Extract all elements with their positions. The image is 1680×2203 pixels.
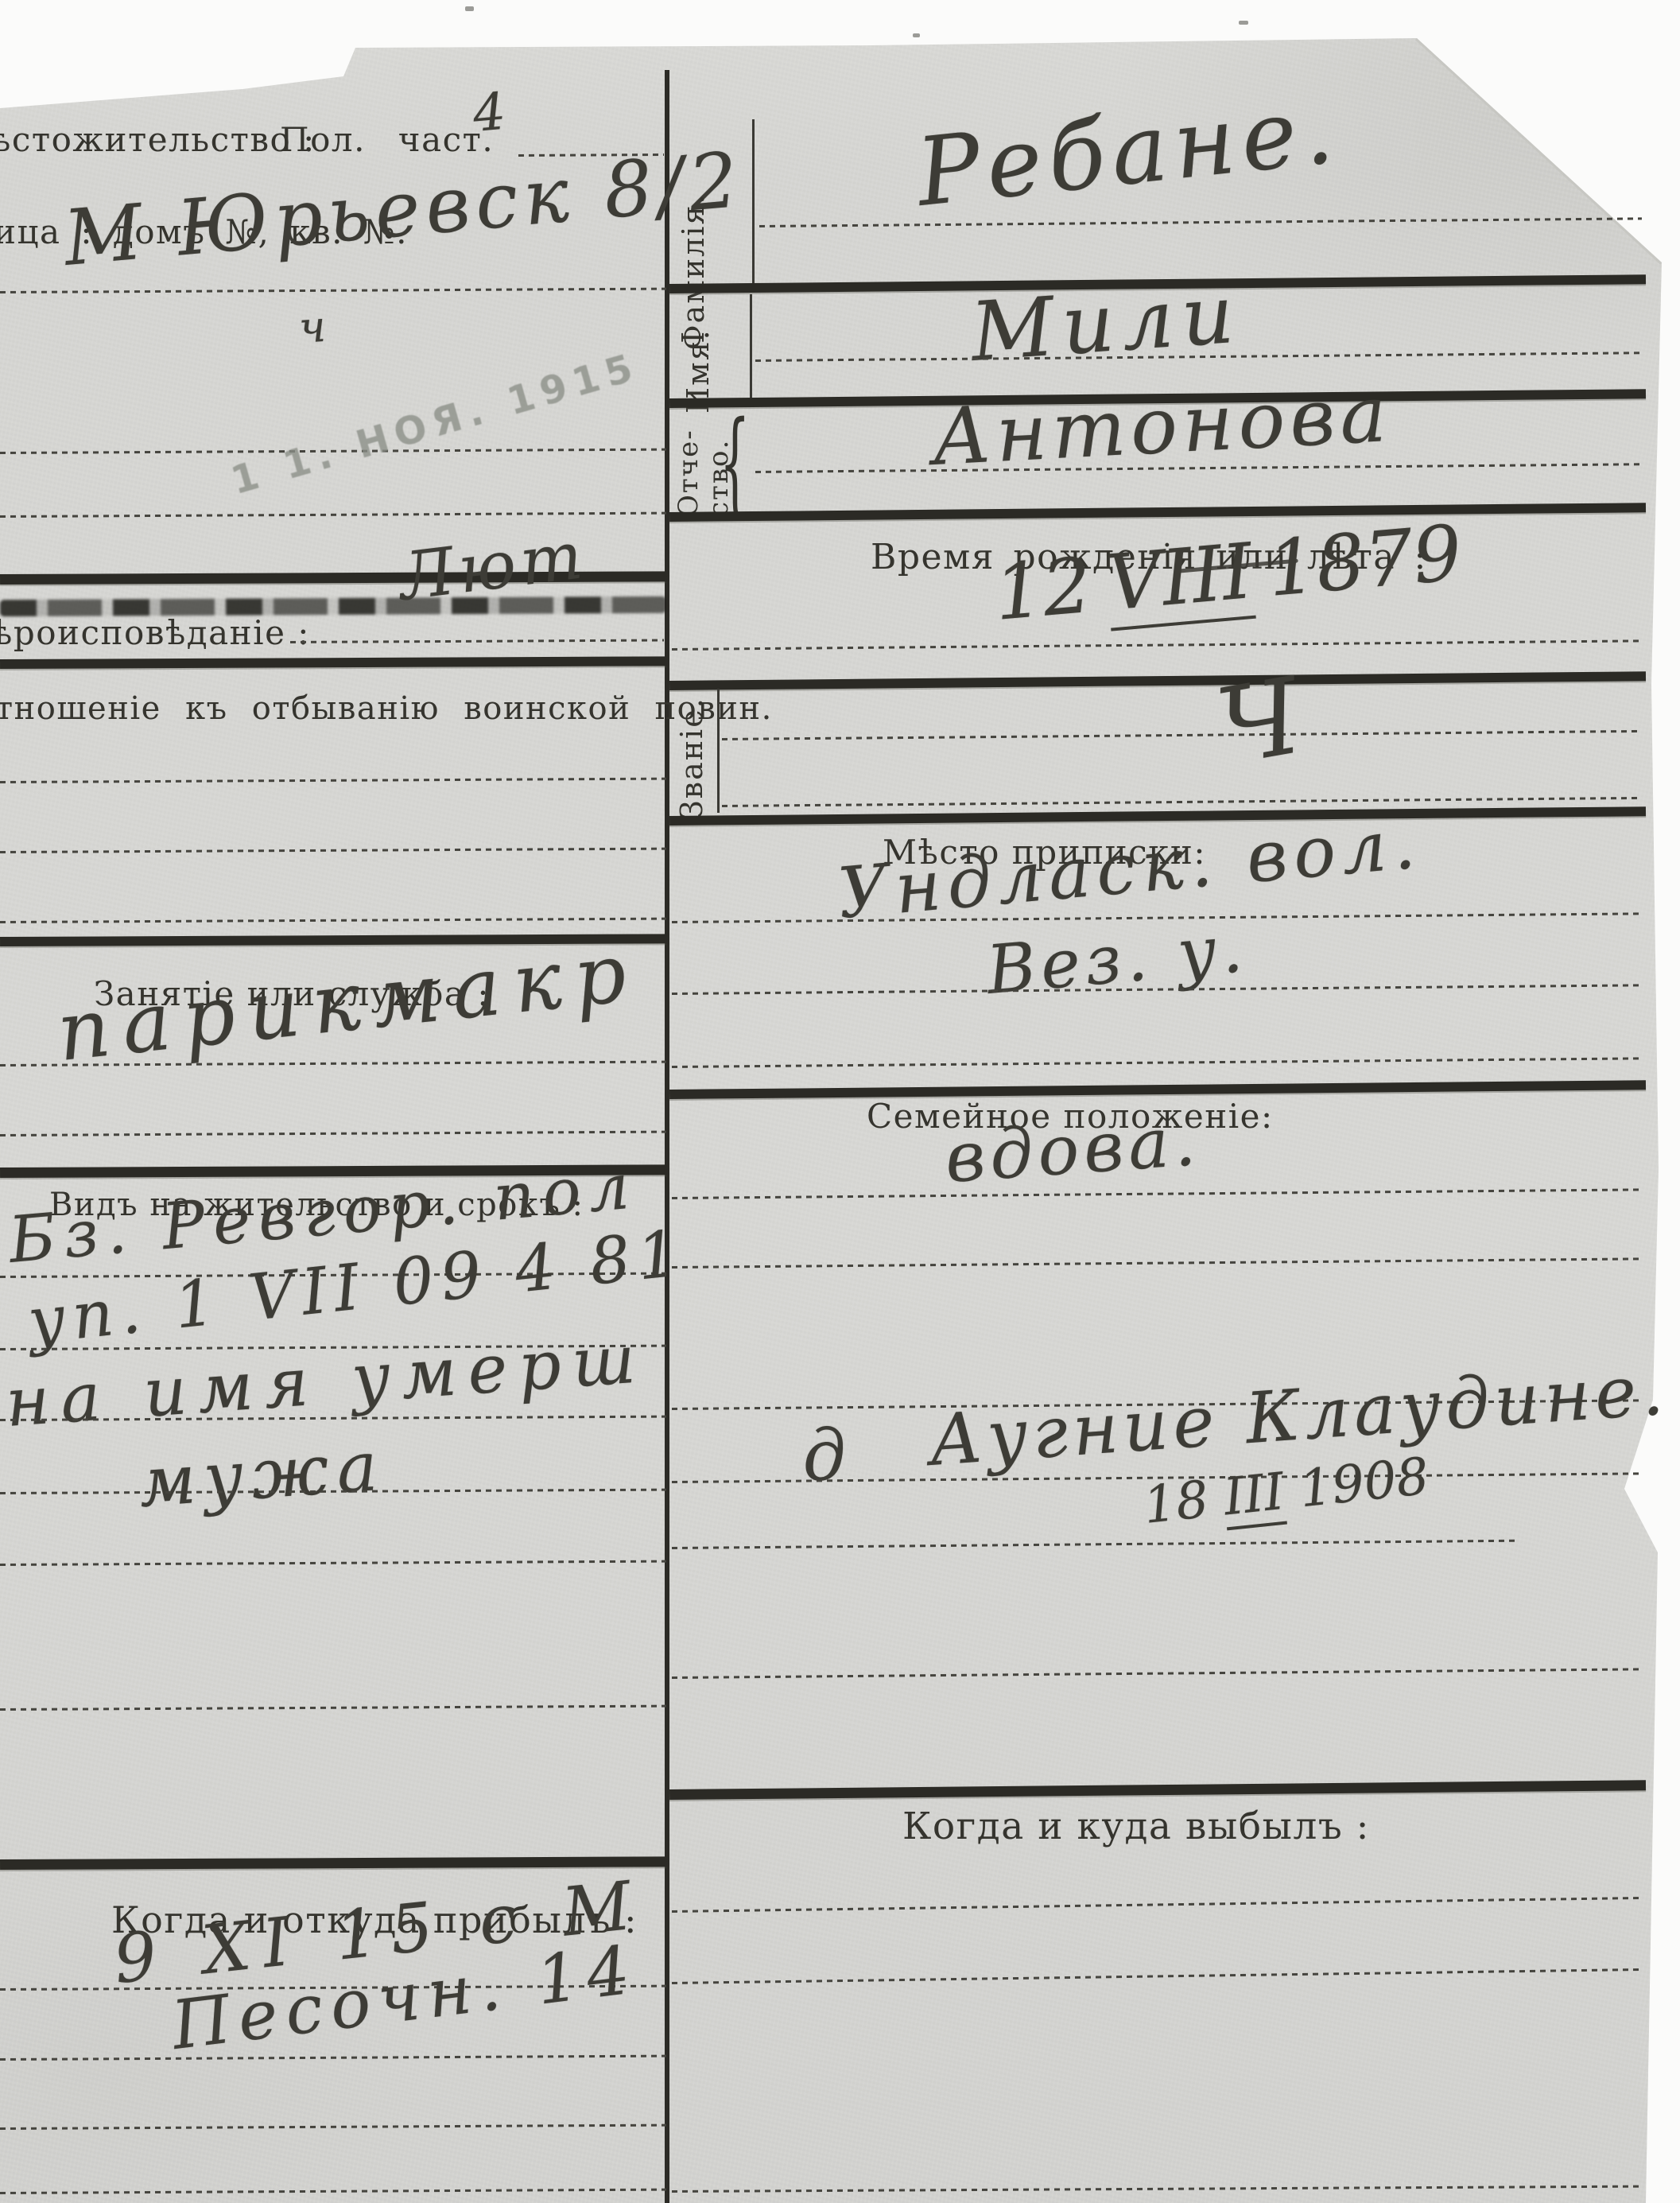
- column-divider: [665, 70, 669, 2203]
- scan-speck: [1239, 21, 1248, 25]
- military-service-label: тношеніе къ отбыванію воинской повин.: [0, 690, 773, 727]
- departed-label: Когда и куда выбылъ :: [902, 1805, 1370, 1848]
- residence-label: ѣстожительство :: [0, 121, 316, 159]
- street-value2-handwritten: ч: [297, 305, 327, 350]
- rank-label: Званіе.: [674, 692, 709, 819]
- patronymic-label-line1: Отче-: [673, 410, 704, 517]
- patronymic-value-handwritten: Антонова: [930, 375, 1393, 477]
- scan-speck: [913, 33, 920, 37]
- field-rule: [750, 294, 752, 398]
- family-status-value-handwritten: вдова.: [943, 1107, 1202, 1193]
- religion-label: ѣроисповѣданіе :: [0, 614, 310, 652]
- scanned-registration-card: ѣстожительство : Пол. част. 4 ица : домъ…: [0, 0, 1680, 2203]
- scan-speck: [465, 6, 474, 11]
- patronymic-brace: {: [720, 398, 751, 528]
- paper-sheet: [0, 0, 1680, 2203]
- residence-police-part-label: Пол. част.: [280, 121, 494, 159]
- birth-day: 12: [991, 541, 1095, 638]
- birth-month: VIII: [1104, 526, 1257, 631]
- field-rule: [717, 689, 720, 813]
- permit-line4-handwritten: мужа: [137, 1432, 387, 1517]
- child-date-month: III: [1221, 1463, 1288, 1531]
- child-date-day: 18: [1141, 1471, 1212, 1536]
- field-rule: [752, 119, 755, 283]
- paper-texture: [0, 0, 1680, 2203]
- birth-year: 1879: [1264, 508, 1465, 614]
- residence-value-handwritten: 4: [471, 87, 507, 140]
- first-name-label: Имя.: [681, 302, 716, 414]
